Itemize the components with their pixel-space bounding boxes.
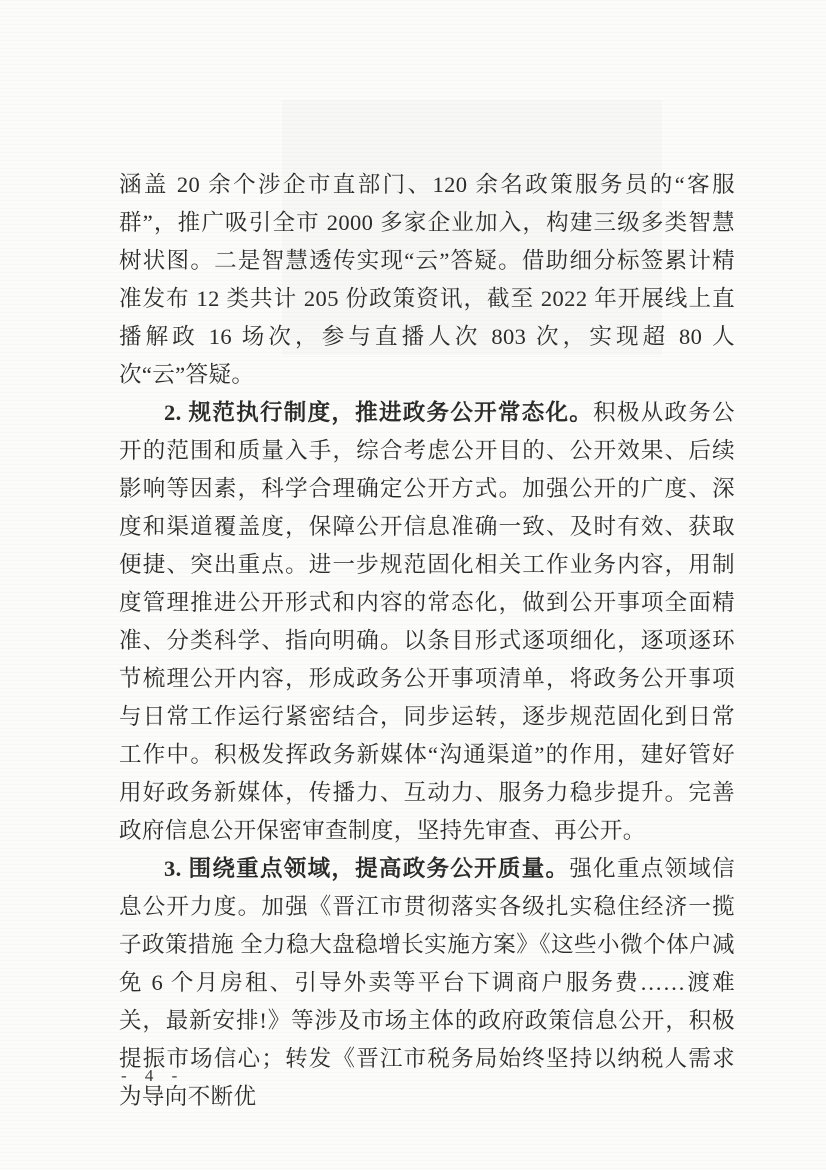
section-heading: 3. 围绕重点领域，提高政务公开质量。 — [164, 856, 569, 881]
body-text: 涵盖 20 余个涉企市直部门、120 余名政策服务员的“客服群”，推广吸引全市 … — [119, 172, 735, 387]
paragraph-section-3: 3. 围绕重点领域，提高政务公开质量。强化重点领域信息公开力度。加强《晋江市贯彻… — [119, 850, 735, 1116]
section-heading: 2. 规范执行制度，推进政务公开常态化。 — [164, 400, 593, 425]
document-body: 涵盖 20 余个涉企市直部门、120 余名政策服务员的“客服群”，推广吸引全市 … — [119, 166, 735, 1116]
paragraph-section-2: 2. 规范执行制度，推进政务公开常态化。积极从政务公开的范围和质量入手，综合考虑… — [119, 394, 735, 850]
body-text: 强化重点领域信息公开力度。加强《晋江市贯彻落实各级扎实稳住经济一揽子政策措施 全… — [119, 856, 735, 1109]
body-text: 积极从政务公开的范围和质量入手，综合考虑公开目的、公开效果、后续影响等因素，科学… — [119, 400, 735, 843]
document-page: 涵盖 20 余个涉企市直部门、120 余名政策服务员的“客服群”，推广吸引全市 … — [0, 0, 826, 1170]
page-number: - 4 - — [121, 1066, 184, 1086]
paragraph-continuation: 涵盖 20 余个涉企市直部门、120 余名政策服务员的“客服群”，推广吸引全市 … — [119, 166, 735, 394]
